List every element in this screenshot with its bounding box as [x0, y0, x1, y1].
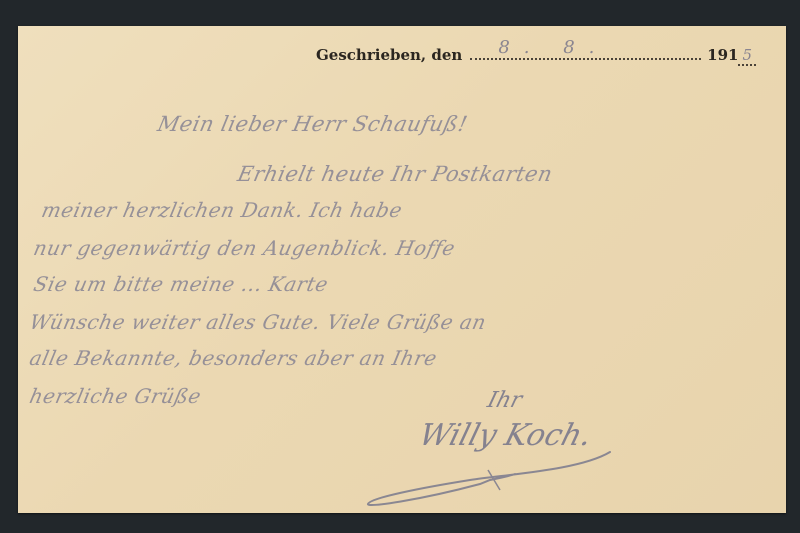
- letter-line: alle Bekannte, besonders aber an Ihre: [27, 346, 439, 370]
- letter-line: Erhielt heute Ihr Postkarten: [235, 162, 554, 186]
- letter-line: Sie um bitte meine ... Karte: [31, 272, 330, 296]
- handwritten-year-digit: 5: [738, 46, 756, 66]
- printed-date-line: Geschrieben, den 8. 8. 1915: [316, 40, 756, 64]
- letter-line: herzliche Grüße: [27, 384, 203, 408]
- letter-line: Wünsche weiter alles Gute. Viele Grüße a…: [27, 310, 488, 334]
- closing: Ihr: [485, 388, 525, 413]
- letter-line: Mein lieber Herr Schaufuß!: [155, 112, 469, 136]
- letter-line: meiner herzlichen Dank. Ich habe: [39, 198, 404, 222]
- printed-label: Geschrieben, den: [316, 46, 462, 64]
- printed-year: 1915: [707, 46, 756, 64]
- year-prefix: 191: [707, 46, 738, 64]
- handwritten-date: 8. 8.: [498, 37, 608, 58]
- date-dotted-line: 8. 8.: [470, 44, 701, 60]
- letter-line: nur gegenwärtig den Augenblick. Hoffe: [31, 236, 457, 260]
- signature-flourish: [360, 440, 660, 510]
